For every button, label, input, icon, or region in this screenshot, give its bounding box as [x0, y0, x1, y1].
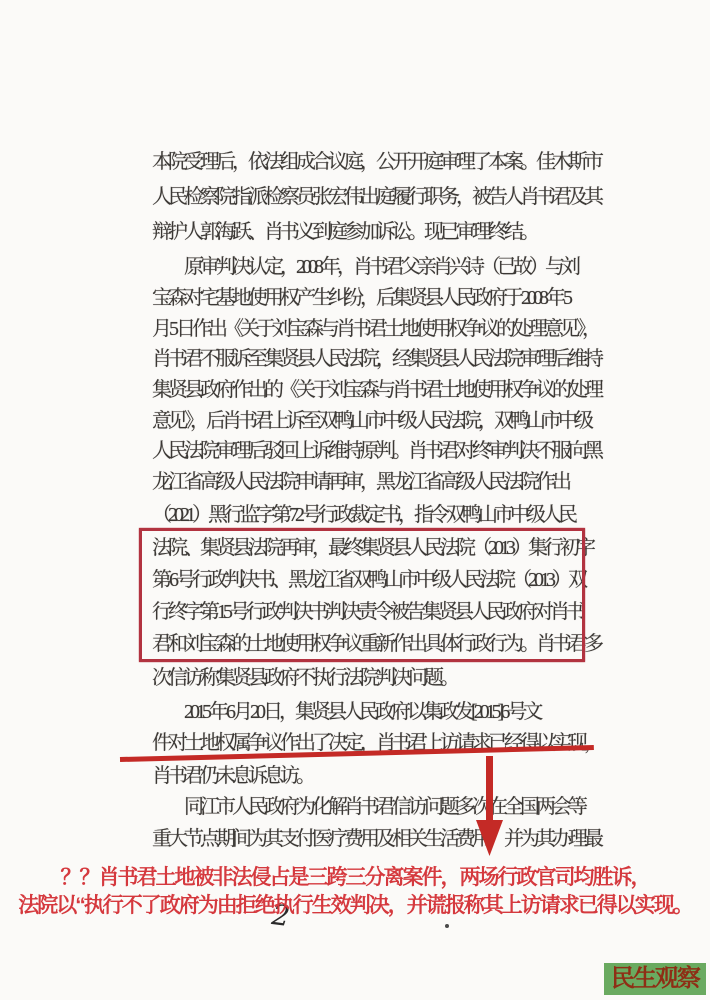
document-line: 重大节点期间为其支付医疗费用及相关生活费用，并为其办理最: [152, 827, 600, 851]
document-line: 次信访称集贤县政府不执行法院判决问题。: [152, 666, 456, 690]
document-line: 人民法院审理后驳回上诉维持原判。肖书君对终审判决不服向黑: [152, 439, 600, 463]
document-line: 意见》，后肖书君上诉至双鸭山市中级人民法院，双鸭山市中级: [152, 409, 590, 433]
document-line: 集贤县政府作出的《关于刘宝森与肖书君土地使用权争议的处理: [152, 378, 600, 402]
document-line: 本院受理后，依法组成合议庭，公开开庭审理了本案。佳木斯市: [152, 150, 600, 174]
document-line: 辩护人郭海跃、肖书义到庭参加诉讼。现已审理终结。: [152, 220, 536, 244]
document-line: （2021）黑行监字第 72 号行政裁定书，指令双鸭山市中级人民: [152, 503, 574, 527]
document-line: 龙江省高级人民法院申请再审，黑龙江省高级人民法院作出: [152, 470, 568, 494]
document-line: 月 5 日作出《关于刘宝森与肖书君土地使用权争议的处理意见》，: [152, 317, 598, 341]
document-line: 人民检察院指派检察员张宏伟出庭履行职务，被告人肖书君及其: [152, 185, 600, 209]
red-comment-line: 法院以“执行不了政府为由拒绝执行生效判决，并谎报称其上访请求已得以实现。: [0, 889, 710, 919]
document-line: 原审判决认定，2008 年，肖书君父亲肖兴诗（已故）与刘: [184, 255, 577, 279]
watermark-label: 民生观察: [611, 966, 699, 992]
red-down-arrow-icon: [470, 756, 510, 860]
red-comment-line: ？？肖书君土地被非法侵占是三跨三分离案件，两场行政官司均胜诉，: [0, 861, 710, 891]
ink-dot: [445, 924, 449, 928]
document-line: 宝森对宅基地使用权产生纠纷，后集贤县人民政府于 2008 年 5: [152, 286, 569, 310]
watermark-badge: 民生观察: [604, 963, 706, 995]
document-line: 同江市人民政府为化解肖书君信访问题多次在全国两会等: [184, 795, 584, 819]
document-line: 肖书君不服诉至集贤县人民法院，经集贤县人民法院审理后维持: [152, 347, 600, 371]
document-line: 2015 年 6 月 20 日，集贤县人民政府以集政发[2015]6 号文: [184, 700, 539, 724]
red-box-annotation: [139, 528, 585, 662]
document-line: 肖书君仍未息诉息访。: [152, 764, 312, 788]
scanned-document-page: 本院受理后，依法组成合议庭，公开开庭审理了本案。佳木斯市 人民检察院指派检察员张…: [0, 0, 710, 1000]
